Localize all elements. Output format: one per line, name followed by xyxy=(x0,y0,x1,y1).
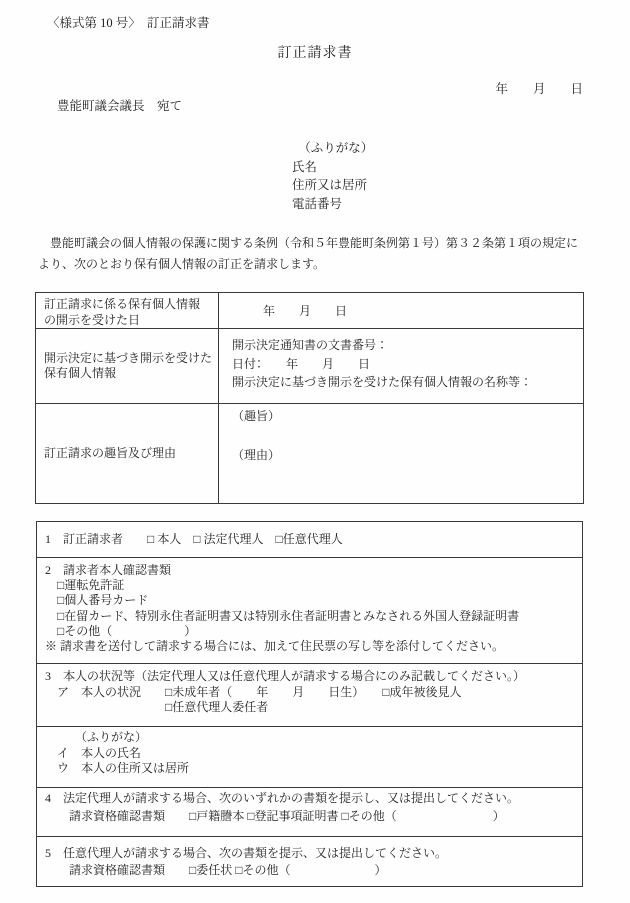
correction-purpose-row: 訂正請求の趣旨及び理由 （趣旨） （理由） xyxy=(36,404,584,504)
intro-paragraph: 豊能町議会の個人情報の保護に関する条例（令和５年豊能町条例第１号）第３２条第１項… xyxy=(38,233,583,275)
addressee-line: 豊能町議会議長 宛て xyxy=(57,99,182,114)
name-field-label: 氏名 xyxy=(292,158,373,177)
note-line: ※ 請求書を送付して請求する場合には、加えて住民票の写し等を添付してください。 xyxy=(45,639,577,654)
request-info-table: 訂正請求に係る保有個人情報 の開示を受けた日 年 月 日 開示決定に基づき開示を… xyxy=(35,292,584,504)
voluntary-rep-documents-cell: 5 任意代理人が請求する場合、次の書類を提示、又は提出してください。 請求資格確… xyxy=(37,837,583,887)
furigana-label: （ふりがな） xyxy=(292,139,373,158)
checkbox-line: □運転免許証 xyxy=(45,578,577,593)
label-line: 保有個人情報 xyxy=(44,366,213,382)
requester-detail-table: 1 訂正請求者 □ 本人 □ 法定代理人 □任意代理人 2 請求者本人確認書類 … xyxy=(36,521,583,887)
principal-status-cell: 3 本人の状況等（法定代理人又は任意代理人が請求する場合にのみ記載してください。… xyxy=(37,664,583,727)
checkbox-line: 請求資格確認書類 □戸籍謄本 □登記事項証明書 □その他（ ） xyxy=(45,808,577,826)
requester-type-row: 1 訂正請求者 □ 本人 □ 法定代理人 □任意代理人 xyxy=(37,522,583,558)
date-field: 年 月 日 xyxy=(495,82,583,97)
checkbox-line: ア 本人の状況 □未成年者（ 年 月 日生） □成年被後見人 xyxy=(45,685,577,701)
disclosure-date-label-cell: 訂正請求に係る保有個人情報 の開示を受けた日 xyxy=(36,293,219,329)
checkbox-line: □その他（ ） xyxy=(45,624,577,639)
label-line: 訂正請求に係る保有個人情報 xyxy=(44,297,213,313)
principal-status-row: 3 本人の状況等（法定代理人又は任意代理人が請求する場合にのみ記載してください。… xyxy=(37,664,583,727)
label-line: 開示決定に基づき開示を受けた xyxy=(44,351,213,367)
principal-address-line: ウ 本人の住所又は居所 xyxy=(45,761,577,777)
address-field-label: 住所又は居所 xyxy=(292,176,373,195)
checkbox-line: □個人番号カード xyxy=(45,593,577,608)
checkbox-line: 請求資格確認書類 □委任状 □その他（ ） xyxy=(45,862,577,879)
requester-type-checkbox-line: 1 訂正請求者 □ 本人 □ 法定代理人 □任意代理人 xyxy=(45,532,577,548)
disclosed-info-value-cell: 開示決定通知書の文書番号： 日付： 年 月 日 開示決定に基づき開示を受けた保有… xyxy=(219,329,584,404)
date-placeholder: 年 月 日 xyxy=(263,302,583,319)
principal-name-line: イ 本人の氏名 xyxy=(45,746,577,762)
section-heading: 5 任意代理人が請求する場合、次の書類を提示、又は提出してください。 xyxy=(45,845,577,862)
section-heading: 4 法定代理人が請求する場合、次のいずれかの書類を提示し、又は提出してください。 xyxy=(45,790,577,808)
label-line: 訂正請求の趣旨及び理由 xyxy=(44,446,213,462)
label-line: の開示を受けた日 xyxy=(44,313,213,329)
identity-documents-cell: 2 請求者本人確認書類 □運転免許証 □個人番号カード □在留カード、特別永住者… xyxy=(37,558,583,664)
date-line: 日付： 年 月 日 xyxy=(232,355,583,374)
form-number-label: 〈様式第 10 号〉 訂正請求書 xyxy=(47,16,210,31)
correction-purpose-label-cell: 訂正請求の趣旨及び理由 xyxy=(36,404,219,504)
requester-type-cell: 1 訂正請求者 □ 本人 □ 法定代理人 □任意代理人 xyxy=(37,522,583,558)
info-name-line: 開示決定に基づき開示を受けた保有個人情報の名称等： xyxy=(232,373,583,392)
doc-number-line: 開示決定通知書の文書番号： xyxy=(232,336,583,355)
correction-purpose-value-cell: （趣旨） （理由） xyxy=(219,404,584,504)
disclosure-date-row: 訂正請求に係る保有個人情報 の開示を受けた日 年 月 日 xyxy=(36,293,584,329)
disclosed-info-label-cell: 開示決定に基づき開示を受けた 保有個人情報 xyxy=(36,329,219,404)
document-title: 訂正請求書 xyxy=(0,46,630,62)
furigana-label: （ふりがな） xyxy=(45,730,577,746)
section-heading: 3 本人の状況等（法定代理人又は任意代理人が請求する場合にのみ記載してください。… xyxy=(45,669,577,685)
legal-rep-documents-row: 4 法定代理人が請求する場合、次のいずれかの書類を提示し、又は提出してください。… xyxy=(37,788,583,837)
document-page: 〈様式第 10 号〉 訂正請求書 訂正請求書 年 月 日 豊能町議会議長 宛て … xyxy=(0,0,630,903)
checkbox-line: □在留カード、特別永住者証明書又は特別永住者証明書とみなされる外国人登録証明書 xyxy=(45,609,577,624)
disclosure-date-value-cell: 年 月 日 xyxy=(219,293,584,329)
purpose-heading: （趣旨） xyxy=(232,407,583,425)
disclosed-info-row: 開示決定に基づき開示を受けた 保有個人情報 開示決定通知書の文書番号： 日付： … xyxy=(36,329,584,404)
applicant-block: （ふりがな） 氏名 住所又は居所 電話番号 xyxy=(292,139,373,214)
phone-field-label: 電話番号 xyxy=(292,195,373,214)
checkbox-line: □任意代理人委任者 xyxy=(45,700,577,716)
legal-rep-documents-cell: 4 法定代理人が請求する場合、次のいずれかの書類を提示し、又は提出してください。… xyxy=(37,788,583,837)
section-heading: 2 請求者本人確認書類 xyxy=(45,563,577,578)
principal-name-cell: （ふりがな） イ 本人の氏名 ウ 本人の住所又は居所 xyxy=(37,727,583,788)
voluntary-rep-documents-row: 5 任意代理人が請求する場合、次の書類を提示、又は提出してください。 請求資格確… xyxy=(37,837,583,887)
principal-name-row: （ふりがな） イ 本人の氏名 ウ 本人の住所又は居所 xyxy=(37,727,583,788)
reason-heading: （理由） xyxy=(232,446,583,464)
identity-documents-row: 2 請求者本人確認書類 □運転免許証 □個人番号カード □在留カード、特別永住者… xyxy=(37,558,583,664)
